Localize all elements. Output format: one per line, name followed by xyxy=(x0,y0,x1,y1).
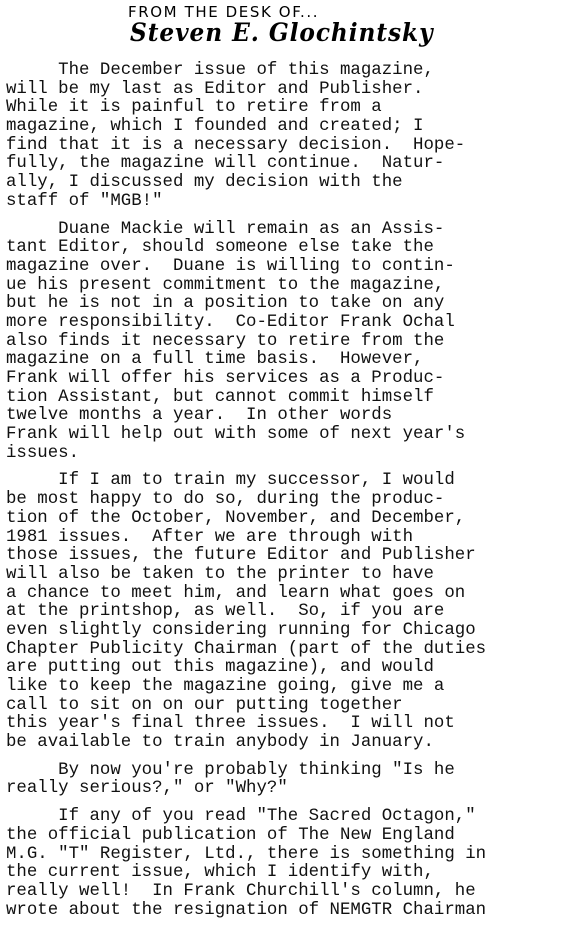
text-line: be available to train anybody in January… xyxy=(6,734,570,753)
text-line: If I am to train my successor, I would xyxy=(6,472,570,491)
text-line: M.G. "T" Register, Ltd., there is someth… xyxy=(6,846,570,865)
text-line: at the printshop, as well. So, if you ar… xyxy=(6,603,570,622)
text-line: this year's final three issues. I will n… xyxy=(6,715,570,734)
paragraph: If any of you read "The Sacred Octagon,"… xyxy=(6,808,570,920)
paragraph: If I am to train my successor, I wouldbe… xyxy=(6,472,570,752)
text-line: magazine on a full time basis. However, xyxy=(6,351,570,370)
text-line: call to sit on on our putting together xyxy=(6,697,570,716)
text-line: more responsibility. Co-Editor Frank Och… xyxy=(6,314,570,333)
text-line: 1981 issues. After we are through with xyxy=(6,529,570,548)
text-line: Frank will offer his services as a Produ… xyxy=(6,370,570,389)
text-line: will also be taken to the printer to hav… xyxy=(6,566,570,585)
paragraph: By now you're probably thinking "Is here… xyxy=(6,762,570,799)
text-line: By now you're probably thinking "Is he xyxy=(6,762,570,781)
text-line: twelve months a year. In other words xyxy=(6,407,570,426)
text-line: also finds it necessary to retire from t… xyxy=(6,333,570,352)
text-line: like to keep the magazine going, give me… xyxy=(6,678,570,697)
paragraph: The December issue of this magazine,will… xyxy=(6,62,570,212)
text-line: are putting out this magazine), and woul… xyxy=(6,659,570,678)
text-line: will be my last as Editor and Publisher. xyxy=(6,81,570,100)
text-line: staff of "MGB!" xyxy=(6,193,570,212)
text-line: fully, the magazine will continue. Natur… xyxy=(6,155,570,174)
text-line: Duane Mackie will remain as an Assis- xyxy=(6,221,570,240)
article-body: The December issue of this magazine,will… xyxy=(6,62,570,929)
paragraph: Duane Mackie will remain as an Assis-tan… xyxy=(6,221,570,464)
text-line: the official publication of The New Engl… xyxy=(6,827,570,846)
text-line: magazine, which I founded and created; I xyxy=(6,118,570,137)
text-line: really well! In Frank Churchill's column… xyxy=(6,883,570,902)
text-line: tant Editor, should someone else take th… xyxy=(6,239,570,258)
text-line: find that it is a necessary decision. Ho… xyxy=(6,137,570,156)
text-line: wrote about the resignation of NEMGTR Ch… xyxy=(6,902,570,921)
text-line: even slightly considering running for Ch… xyxy=(6,622,570,641)
text-line: magazine over. Duane is willing to conti… xyxy=(6,258,570,277)
text-line: be most happy to do so, during the produ… xyxy=(6,491,570,510)
text-line: tion Assistant, but cannot commit himsel… xyxy=(6,389,570,408)
text-line: If any of you read "The Sacred Octagon," xyxy=(6,808,570,827)
text-line: The December issue of this magazine, xyxy=(6,62,570,81)
text-line: ally, I discussed my decision with the xyxy=(6,174,570,193)
text-line: but he is not in a position to take on a… xyxy=(6,295,570,314)
text-line: While it is painful to retire from a xyxy=(6,99,570,118)
text-line: Chapter Publicity Chairman (part of the … xyxy=(6,641,570,660)
text-line: really serious?," or "Why?" xyxy=(6,780,570,799)
text-line: the current issue, which I identify with… xyxy=(6,864,570,883)
text-line: tion of the October, November, and Decem… xyxy=(6,510,570,529)
author-name: Steven E. Glochintsky xyxy=(130,18,434,47)
text-line: a chance to meet him, and learn what goe… xyxy=(6,585,570,604)
text-line: ue his present commitment to the magazin… xyxy=(6,277,570,296)
text-line: Frank will help out with some of next ye… xyxy=(6,426,570,445)
text-line: issues. xyxy=(6,445,570,464)
text-line: those issues, the future Editor and Publ… xyxy=(6,547,570,566)
